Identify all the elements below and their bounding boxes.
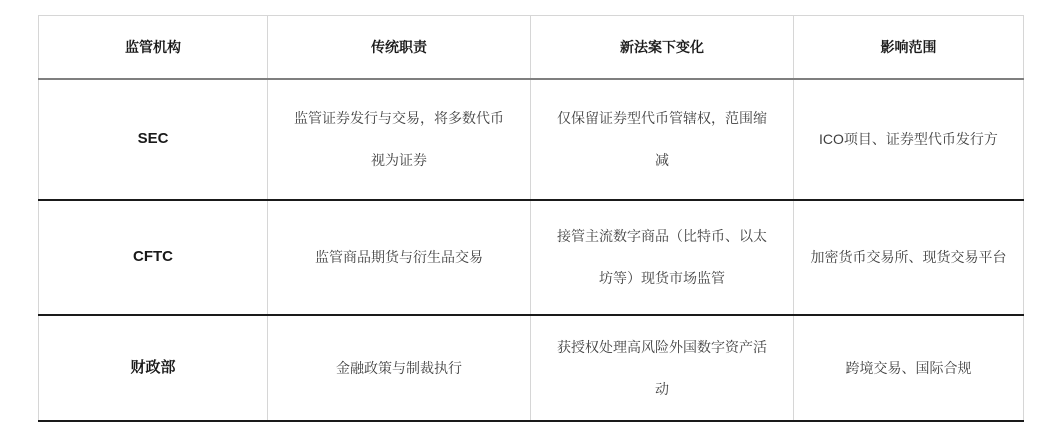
cell-traditional-duty: 监管商品期货与衍生品交易 [268, 200, 531, 315]
cell-impact-scope: 跨境交易、国际合规 [794, 315, 1024, 421]
cell-agency: SEC [39, 79, 268, 200]
cell-new-law-change: 接管主流数字商品（比特币、以太 坊等）现货市场监管 [531, 200, 794, 315]
table-row: CFTC 监管商品期货与衍生品交易 接管主流数字商品（比特币、以太 坊等）现货市… [39, 200, 1024, 315]
table-header-row: 监管机构 传统职责 新法案下变化 影响范围 [39, 16, 1024, 79]
header-regulator: 监管机构 [39, 16, 268, 79]
cell-new-law-change: 仅保留证券型代币管辖权，范围缩 减 [531, 79, 794, 200]
cell-agency: 财政部 [39, 315, 268, 421]
cell-impact-scope: 加密货币交易所、现货交易平台 [794, 200, 1024, 315]
cell-traditional-duty: 监管证券发行与交易，将多数代币 视为证券 [268, 79, 531, 200]
regulators-table: 监管机构 传统职责 新法案下变化 影响范围 SEC 监管证券发行与交易，将多数代… [38, 15, 1024, 422]
table-row: SEC 监管证券发行与交易，将多数代币 视为证券 仅保留证券型代币管辖权，范围缩… [39, 79, 1024, 200]
header-traditional-duty: 传统职责 [268, 16, 531, 79]
cell-agency: CFTC [39, 200, 268, 315]
header-new-law-change: 新法案下变化 [531, 16, 794, 79]
cell-impact-scope: ICO项目、证券型代币发行方 [794, 79, 1024, 200]
cell-traditional-duty: 金融政策与制裁执行 [268, 315, 531, 421]
table-row: 财政部 金融政策与制裁执行 获授权处理高风险外国数字资产活 动 跨境交易、国际合… [39, 315, 1024, 421]
cell-new-law-change: 获授权处理高风险外国数字资产活 动 [531, 315, 794, 421]
page: 监管机构 传统职责 新法案下变化 影响范围 SEC 监管证券发行与交易，将多数代… [0, 0, 1063, 433]
header-impact-scope: 影响范围 [794, 16, 1024, 79]
